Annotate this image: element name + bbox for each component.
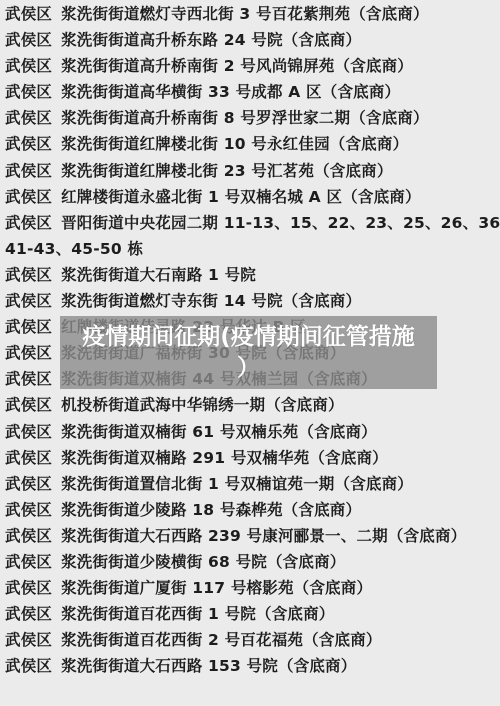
district-label: 武侯区	[5, 501, 52, 519]
address-line: 武侯区浆洗街街道双楠街 61 号双楠乐苑（含底商）	[5, 419, 496, 445]
district-label: 武侯区	[5, 553, 52, 571]
address-text: 浆洗街街道高升桥东路 24 号院（含底商）	[61, 31, 361, 49]
address-text: 浆洗街街道大石南路 1 号院	[61, 266, 256, 284]
district-label: 武侯区	[5, 266, 52, 284]
address-text: 浆洗街街道燃灯寺西北街 3 号百花紫荆苑（含底商）	[61, 5, 429, 23]
district-label: 武侯区	[5, 162, 52, 180]
district-label: 武侯区	[5, 449, 52, 467]
address-text: 浆洗街街道广厦街 117 号榕影苑（含底商）	[61, 579, 372, 597]
district-label: 武侯区	[5, 57, 52, 75]
address-text: 浆洗街街道百花西街 2 号百花福苑（含底商）	[61, 631, 381, 649]
watermark-overlay: 疫情期间征期(疫情期间征管措施 ）	[60, 316, 437, 389]
address-line: 武侯区浆洗街街道百花西街 1 号院（含底商）	[5, 601, 496, 627]
district-label: 武侯区	[5, 344, 52, 362]
address-text: 浆洗街街道大石西路 239 号康河郦景一、二期（含底商）	[61, 527, 466, 545]
district-label: 武侯区	[5, 579, 52, 597]
district-label: 武侯区	[5, 292, 52, 310]
address-line: 武侯区浆洗街街道高升桥南街 8 号罗浮世家二期（含底商）	[5, 105, 496, 131]
address-text: 浆洗街街道置信北街 1 号双楠谊苑一期（含底商）	[61, 475, 413, 493]
district-label: 武侯区	[5, 423, 52, 441]
address-text: 晋阳街道中央花园二期 11-13、15、22、23、25、26、36、37、	[61, 214, 500, 232]
address-line: 武侯区机投桥街道武海中华锦绣一期（含底商）	[5, 392, 496, 418]
address-line: 武侯区浆洗街街道大石西路 239 号康河郦景一、二期（含底商）	[5, 523, 496, 549]
address-text: 浆洗街街道红牌楼北街 23 号汇茗苑（含底商）	[61, 162, 392, 180]
address-text: 浆洗街街道燃灯寺东街 14 号院（含底商）	[61, 292, 361, 310]
district-label: 武侯区	[5, 370, 52, 388]
watermark-title-line1: 疫情期间征期(疫情期间征管措施	[82, 322, 415, 353]
address-line: 武侯区浆洗街街道少陵路 18 号森桦苑（含底商）	[5, 497, 496, 523]
address-line: 武侯区浆洗街街道少陵横街 68 号院（含底商）	[5, 549, 496, 575]
district-label: 武侯区	[5, 396, 52, 414]
address-text: 机投桥街道武海中华锦绣一期（含底商）	[61, 396, 344, 414]
address-text: 浆洗街街道高升桥南街 8 号罗浮世家二期（含底商）	[61, 109, 429, 127]
address-line: 武侯区浆洗街街道高升桥东路 24 号院（含底商）	[5, 27, 496, 53]
address-text: 浆洗街街道高华横街 33 号成都 A 区（含底商）	[61, 83, 400, 101]
address-line: 武侯区浆洗街街道燃灯寺东街 14 号院（含底商）	[5, 288, 496, 314]
district-label: 武侯区	[5, 135, 52, 153]
address-line: 武侯区浆洗街街道红牌楼北街 10 号永红佳园（含底商）	[5, 131, 496, 157]
address-line: 武侯区晋阳街道中央花园二期 11-13、15、22、23、25、26、36、37…	[5, 210, 496, 236]
address-text: 浆洗街街道红牌楼北街 10 号永红佳园（含底商）	[61, 135, 408, 153]
district-label: 武侯区	[5, 657, 52, 675]
address-text: 浆洗街街道高升桥南街 2 号风尚锦屏苑（含底商）	[61, 57, 413, 75]
district-label: 武侯区	[5, 188, 52, 206]
district-label: 武侯区	[5, 214, 52, 232]
address-line: 武侯区浆洗街街道大石南路 1 号院	[5, 262, 496, 288]
address-text: 浆洗街街道少陵横街 68 号院（含底商）	[61, 553, 345, 571]
address-line: 武侯区浆洗街街道广厦街 117 号榕影苑（含底商）	[5, 575, 496, 601]
district-label: 武侯区	[5, 318, 52, 336]
district-label: 武侯区	[5, 527, 52, 545]
address-line: 武侯区浆洗街街道高华横街 33 号成都 A 区（含底商）	[5, 79, 496, 105]
district-label: 武侯区	[5, 475, 52, 493]
address-text: 浆洗街街道少陵路 18 号森桦苑（含底商）	[61, 501, 361, 519]
watermark-title-line2: ）	[237, 353, 260, 384]
address-text: 41-43、45-50 栋	[5, 240, 143, 258]
address-line: 武侯区浆洗街街道双楠路 291 号双楠华苑（含底商）	[5, 445, 496, 471]
address-text: 浆洗街街道大石西路 153 号院（含底商）	[61, 657, 356, 675]
address-list-page: 武侯区浆洗街街道燃灯寺西北街 3 号百花紫荆苑（含底商）武侯区浆洗街街道高升桥东…	[0, 0, 500, 706]
address-line: 武侯区浆洗街街道大石西路 153 号院（含底商）	[5, 653, 496, 679]
district-label: 武侯区	[5, 631, 52, 649]
address-line: 武侯区浆洗街街道置信北街 1 号双楠谊苑一期（含底商）	[5, 471, 496, 497]
address-line: 武侯区红牌楼街道永盛北街 1 号双楠名城 A 区（含底商）	[5, 184, 496, 210]
district-label: 武侯区	[5, 109, 52, 127]
district-label: 武侯区	[5, 31, 52, 49]
address-text: 红牌楼街道永盛北街 1 号双楠名城 A 区（含底商）	[61, 188, 421, 206]
district-label: 武侯区	[5, 5, 52, 23]
address-line: 41-43、45-50 栋	[5, 236, 496, 262]
address-line: 武侯区浆洗街街道燃灯寺西北街 3 号百花紫荆苑（含底商）	[5, 1, 496, 27]
address-text: 浆洗街街道双楠路 291 号双楠华苑（含底商）	[61, 449, 388, 467]
address-text: 浆洗街街道双楠街 61 号双楠乐苑（含底商）	[61, 423, 377, 441]
address-line: 武侯区浆洗街街道红牌楼北街 23 号汇茗苑（含底商）	[5, 158, 496, 184]
district-label: 武侯区	[5, 605, 52, 623]
address-text: 浆洗街街道百花西街 1 号院（含底商）	[61, 605, 334, 623]
address-line: 武侯区浆洗街街道百花西街 2 号百花福苑（含底商）	[5, 627, 496, 653]
address-line: 武侯区浆洗街街道高升桥南街 2 号风尚锦屏苑（含底商）	[5, 53, 496, 79]
district-label: 武侯区	[5, 83, 52, 101]
